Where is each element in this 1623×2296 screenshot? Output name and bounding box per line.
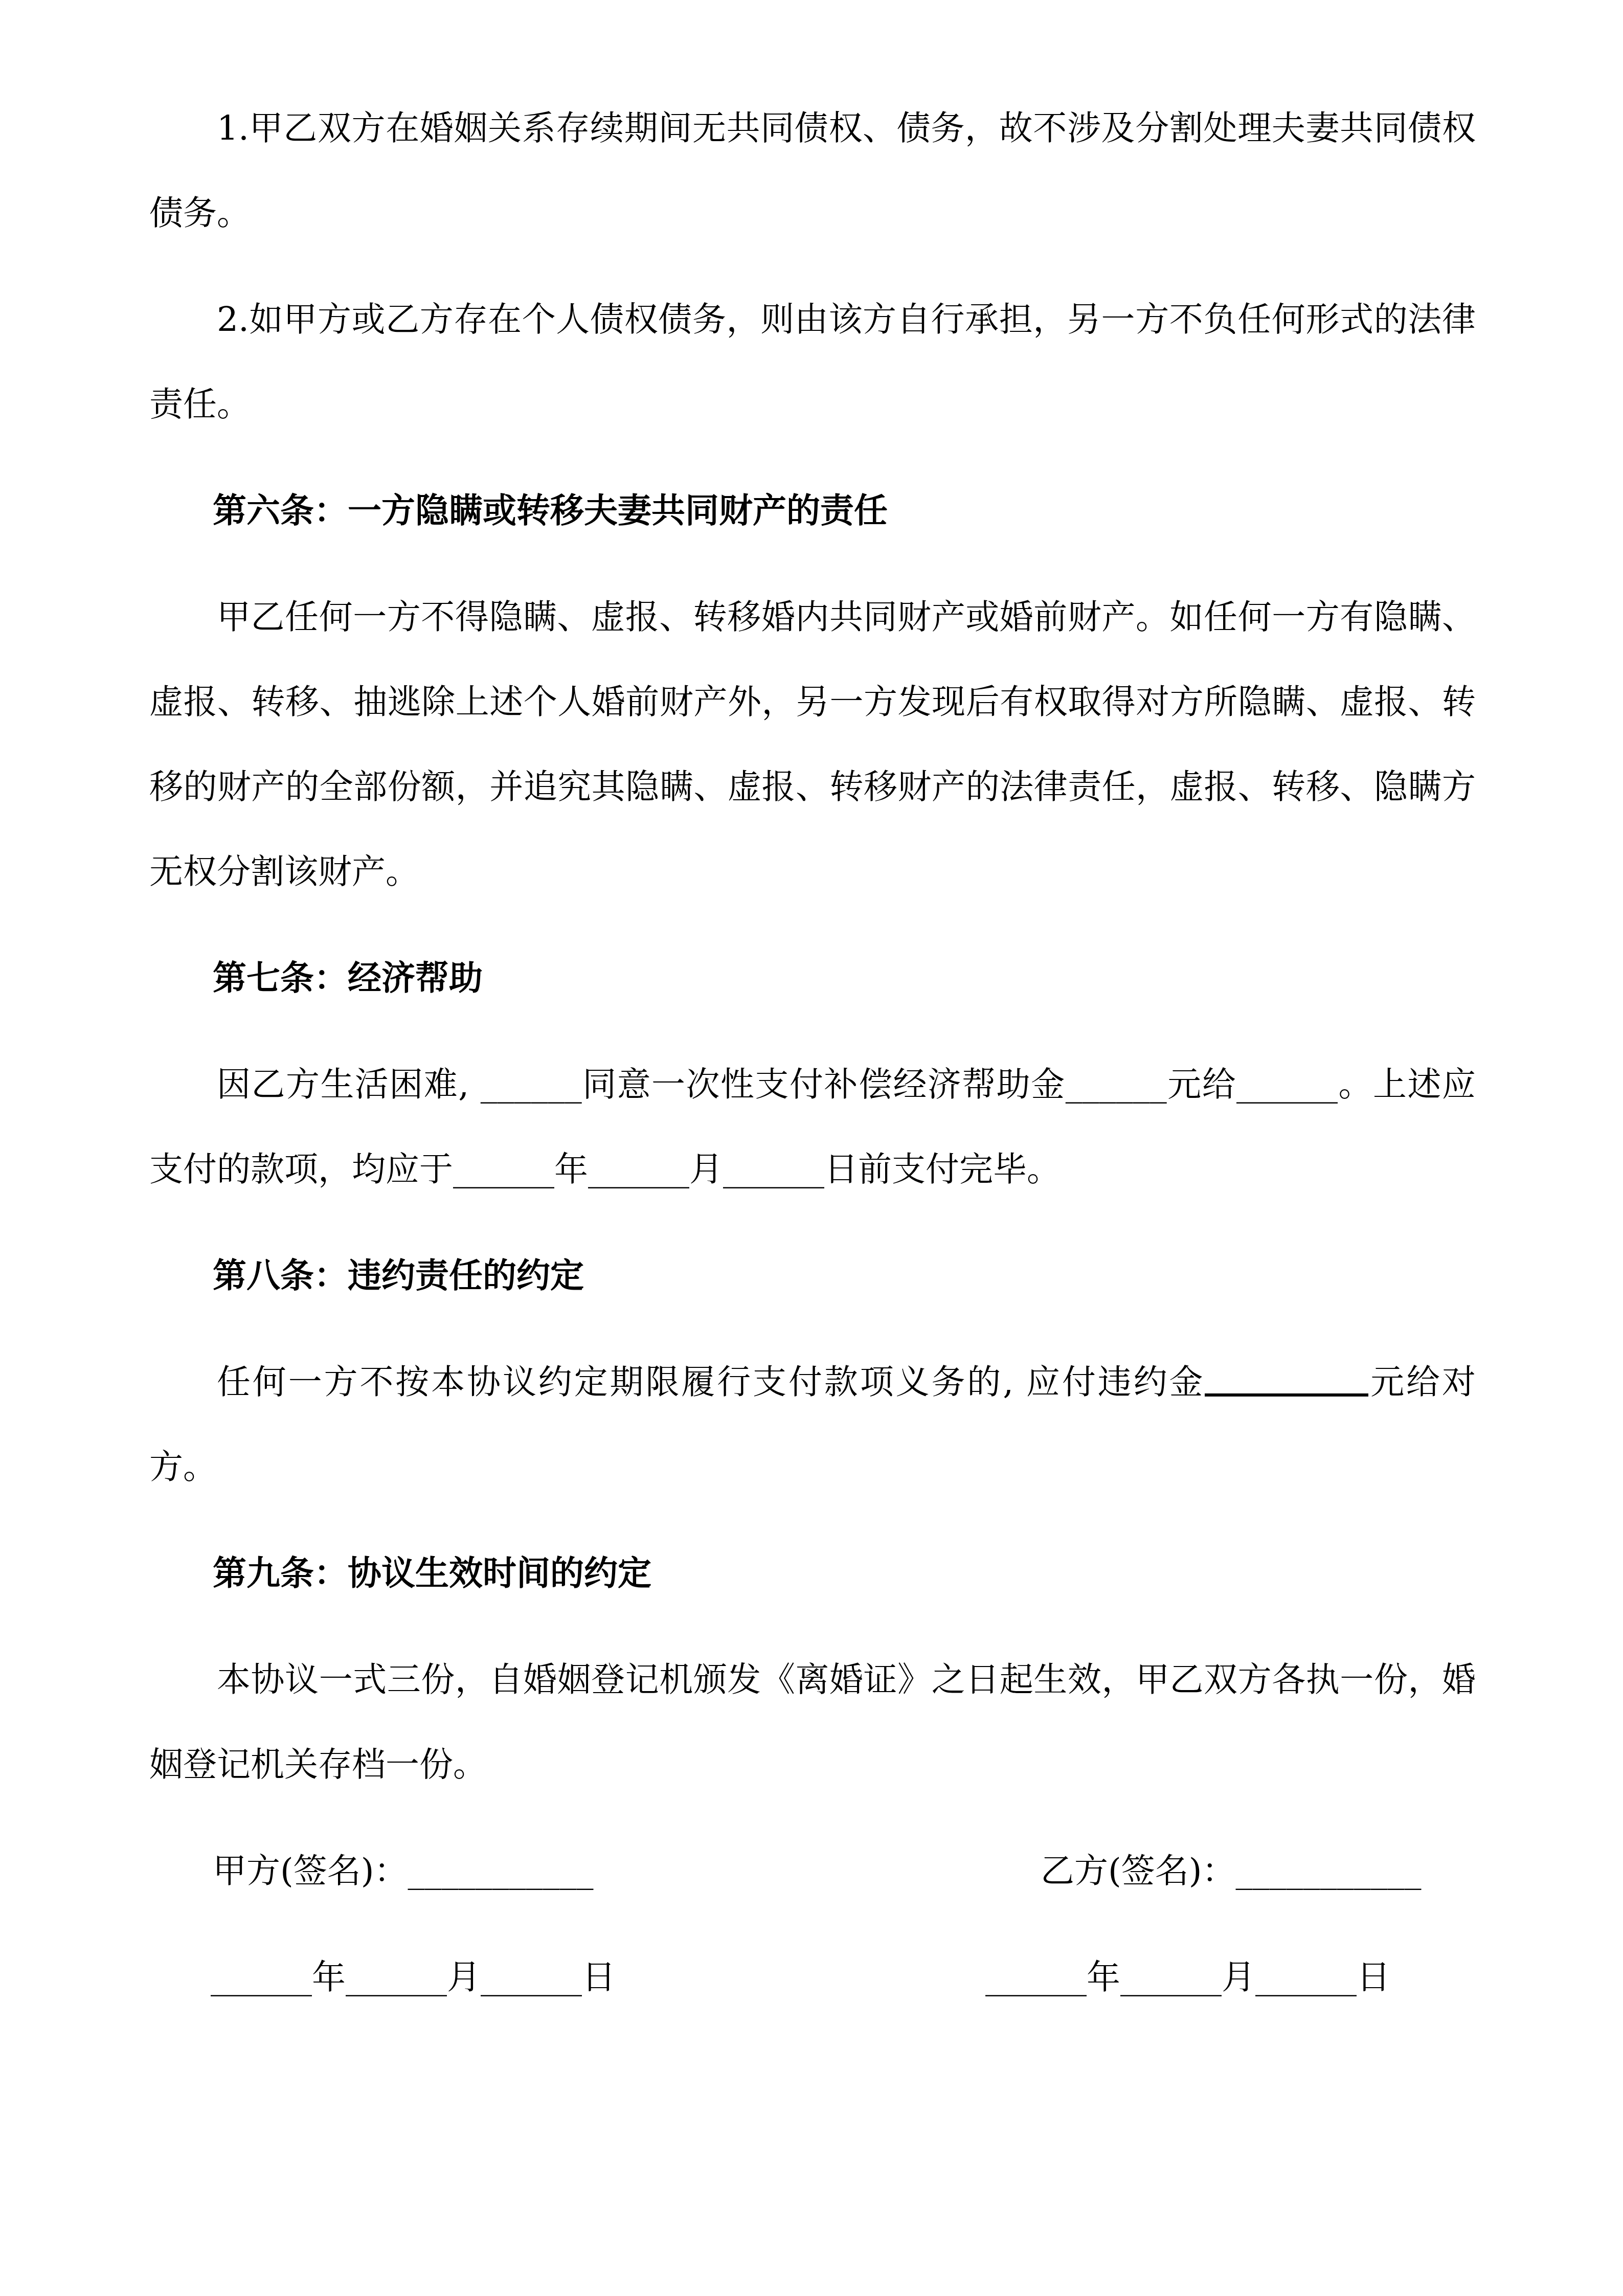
penalty-amount-blank: [1205, 1393, 1368, 1397]
clause-5-item-1: 1.甲乙双方在婚姻关系存续期间无共同债权、债务，故不涉及分割处理夫妻共同债权债务…: [149, 86, 1476, 256]
article-7-heading: 第七条：经济帮助: [149, 936, 1476, 1021]
article-7-body: 因乙方生活困难, ______同意一次性支付补偿经济帮助金______元给___…: [149, 1042, 1476, 1212]
party-a-signature: 甲方(签名)：___________: [213, 1829, 594, 1914]
article-8-heading: 第八条：违约责任的约定: [149, 1233, 1476, 1318]
article-6-body: 甲乙任何一方不得隐瞒、虚报、转移婚内共同财产或婚前财产。如任何一方有隐瞒、虚报、…: [149, 575, 1476, 914]
party-b-signature: 乙方(签名)：___________: [1041, 1829, 1422, 1914]
party-a-date: ______年______月______日: [211, 1935, 616, 2020]
party-b-date: ______年______月______日: [985, 1935, 1390, 2020]
signature-row: 甲方(签名)：___________ 乙方(签名)：___________: [149, 1829, 1476, 1914]
signature-date-row: ______年______月______日 ______年______月____…: [149, 1935, 1476, 2020]
article-9-body: 本协议一式三份，自婚姻登记机颁发《离婚证》之日起生效，甲乙双方各执一份，婚姻登记…: [149, 1637, 1476, 1807]
clause-5-item-2: 2.如甲方或乙方存在个人债权债务，则由该方自行承担，另一方不负任何形式的法律责任…: [149, 277, 1476, 447]
article-9-heading: 第九条：协议生效时间的约定: [149, 1531, 1476, 1616]
article-8-text-before: 任何一方不按本协议约定期限履行支付款项义务的, 应付违约金: [217, 1362, 1205, 1402]
article-6-heading: 第六条：一方隐瞒或转移夫妻共同财产的责任: [149, 468, 1476, 553]
document-page: 1.甲乙双方在婚姻关系存续期间无共同债权、债务，故不涉及分割处理夫妻共同债权债务…: [149, 86, 1476, 2020]
article-8-body: 任何一方不按本协议约定期限履行支付款项义务的, 应付违约金元给对方。: [149, 1340, 1476, 1510]
